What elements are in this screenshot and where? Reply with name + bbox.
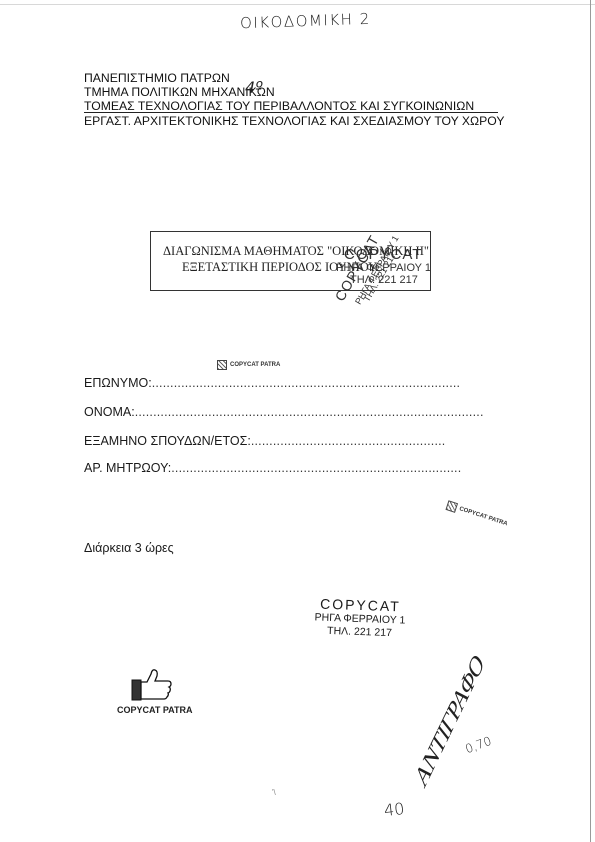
handwritten-page-count: 40: [383, 799, 405, 820]
semester-year-label: ΕΞΑΜΗΝΟ ΣΠΟΥΔΩΝ/ΕΤΟΣ:: [84, 434, 251, 448]
surname-label: ΕΠΩΝΥΜΟ:: [84, 376, 152, 390]
first-name-field[interactable]: ΟΝΟΜΑ:..................................…: [84, 405, 484, 419]
first-name-blank[interactable]: ........................................…: [135, 405, 484, 419]
header-sector: ΤΟΜΕΑΣ ΤΕΧΝΟΛΟΓΙΑΣ ΤΟΥ ΠΕΡΙΒΑΛΛΟΝΤΟΣ ΚΑΙ…: [84, 99, 474, 113]
semester-year-field[interactable]: ΕΞΑΜΗΝΟ ΣΠΟΥΔΩΝ/ΕΤΟΣ:...................…: [84, 434, 445, 448]
copycat-logo-small-rotated: COPYCAT PATRA: [445, 500, 508, 529]
copycat-logo-small: COPYCAT PATRA: [217, 360, 280, 370]
handwritten-course-title: ΟΙΚΟΔΟΜΙΚΗ 2: [240, 10, 371, 33]
surname-blank[interactable]: ........................................…: [152, 376, 461, 390]
overlay-copycat-stamp: COPYCAT ΡΗΓΑ ΦΕΡΡΑΙΟΥ 1 ΤΗΛ. 221 217 COP…: [330, 210, 440, 320]
registration-number-field[interactable]: ΑΡ. ΜΗΤΡΩΟΥ:............................…: [84, 461, 461, 475]
copycat-logo-icon: [217, 360, 227, 370]
copycat-logo-label: COPYCAT PATRA: [230, 362, 280, 368]
semester-year-blank[interactable]: ........................................…: [251, 434, 446, 448]
handwritten-price: 0,70: [463, 734, 493, 756]
scan-speck: '\: [272, 788, 276, 797]
header-university: ΠΑΝΕΠΙΣΤΗΜΙΟ ΠΑΤΡΩΝ: [84, 71, 230, 85]
header-laboratory: ΕΡΓΑΣΤ. ΑΡΧΙΤΕΚΤΟΝΙΚΗΣ ΤΕΧΝΟΛΟΓΙΑΣ ΚΑΙ Σ…: [84, 114, 505, 128]
copy-stamp: ΑΝΤΙΓΡΑΦΟ: [411, 649, 488, 794]
header-divider: [84, 112, 498, 113]
copycat-logo-label: COPYCAT PATRA: [458, 506, 508, 527]
surname-field[interactable]: ΕΠΩΝΥΜΟ:................................…: [84, 376, 460, 390]
thumb-logo-label: COPYCAT PATRA: [117, 705, 193, 715]
registration-number-blank[interactable]: ........................................…: [171, 461, 461, 475]
scan-page-edge: [590, 0, 591, 842]
copycat-address-stamp: COPYCAT ΡΗΓΑ ΦΕΡΡΑΙΟΥ 1 ΤΗΛ. 221 217: [304, 596, 415, 641]
handwritten-year-note: 4º: [245, 78, 263, 97]
thumbs-up-icon: [131, 668, 173, 702]
registration-number-label: ΑΡ. ΜΗΤΡΩΟΥ:: [84, 461, 171, 475]
copycat-logo-icon: [445, 500, 458, 513]
exam-duration: Διάρκεια 3 ώρες: [84, 541, 174, 555]
scan-top-edge: [0, 4, 595, 5]
first-name-label: ΟΝΟΜΑ:: [84, 405, 135, 419]
